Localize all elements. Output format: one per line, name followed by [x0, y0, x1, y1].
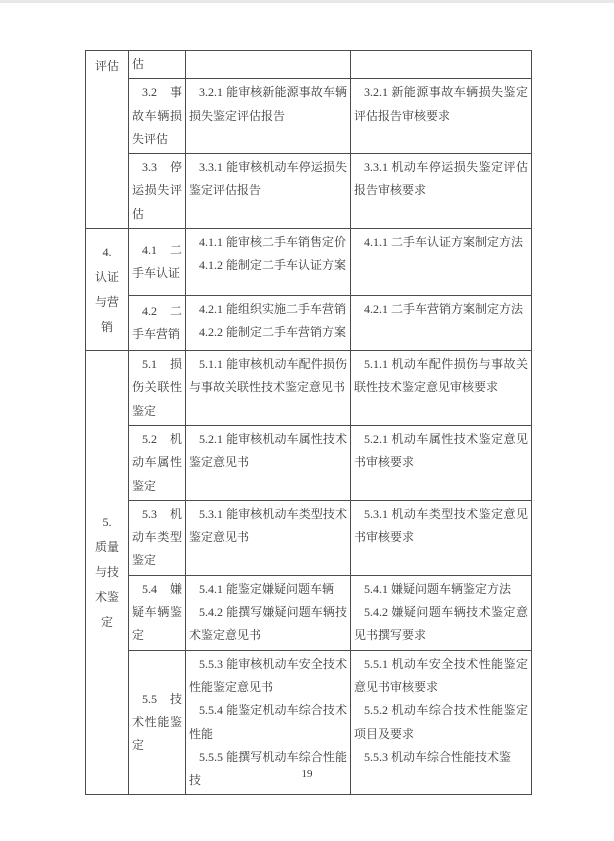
- task-cell: 5.3 机动车类型鉴定: [129, 500, 186, 575]
- task-cell: 5.2 机动车属性鉴定: [129, 425, 186, 500]
- skill-item: 4.1.2 能制定二手车认证方案: [189, 254, 347, 277]
- table-row: 5. 质量 与技 术鉴 定 5.1 损伤关联性鉴定 5.1.1 能审核机动车配件…: [86, 351, 532, 426]
- table-row: 3.3 停运损失评估 3.3.1 能审核机动车停运损失鉴定评估报告 3.3.1 …: [86, 154, 532, 229]
- section-label-cell: 5. 质量 与技 术鉴 定: [86, 351, 129, 795]
- skill-item: 5.4.2 能撰写嫌疑问题车辆技术鉴定意见书: [189, 601, 347, 648]
- skill-item: 5.4.1 能鉴定嫌疑问题车辆: [189, 578, 347, 601]
- task-cell: 估: [129, 51, 186, 79]
- knowledge-cell: 4.1.1 二手车认证方案制定方法: [351, 229, 532, 296]
- knowledge-cell: [351, 51, 532, 79]
- knowledge-item: 4.1.1 二手车认证方案制定方法: [354, 231, 528, 254]
- table-row: 4. 认证 与营 销 4.1 二手车认证 4.1.1 能审核二手车销售定价 4.…: [86, 229, 532, 296]
- knowledge-item: 5.5.3 机动车综合性能技术鉴: [354, 746, 528, 769]
- section-label-cell: 4. 认证 与营 销: [86, 229, 129, 351]
- task-cell: 3.3 停运损失评估: [129, 154, 186, 229]
- skill-cell: 3.3.1 能审核机动车停运损失鉴定评估报告: [186, 154, 351, 229]
- skill-item: 4.2.2 能制定二手车营销方案: [189, 321, 347, 344]
- table-row: 3.2 事故车辆损失评估 3.2.1 能审核新能源事故车辆损失鉴定评估报告 3.…: [86, 79, 532, 154]
- knowledge-item: 5.2.1 机动车属性技术鉴定意见书审核要求: [354, 428, 528, 475]
- knowledge-cell: 3.2.1 新能源事故车辆损失鉴定评估报告审核要求: [351, 79, 532, 154]
- table-row: 4.2 二手车营销 4.2.1 能组织实施二手车营销 4.2.2 能制定二手车营…: [86, 296, 532, 351]
- knowledge-cell: 4.2.1 二手车营销方案制定方法: [351, 296, 532, 351]
- knowledge-item: 5.4.2 嫌疑问题车辆技术鉴定意见书撰写要求: [354, 601, 528, 648]
- knowledge-item: 5.5.2 机动车综合技术性能鉴定项目及要求: [354, 699, 528, 746]
- skill-item: 5.5.3 能审核机动车安全技术性能鉴定意见书: [189, 653, 347, 700]
- knowledge-item: 4.2.1 二手车营销方案制定方法: [354, 298, 528, 321]
- skill-cell: 5.4.1 能鉴定嫌疑问题车辆 5.4.2 能撰写嫌疑问题车辆技术鉴定意见书: [186, 575, 351, 650]
- skill-cell: 5.2.1 能审核机动车属性技术鉴定意见书: [186, 425, 351, 500]
- skill-item: 4.1.1 能审核二手车销售定价: [189, 231, 347, 254]
- page-top-edge: [0, 0, 614, 3]
- knowledge-item: 5.3.1 机动车类型技术鉴定意见书审核要求: [354, 503, 528, 550]
- knowledge-cell: 5.4.1 嫌疑问题车辆鉴定方法 5.4.2 嫌疑问题车辆技术鉴定意见书撰写要求: [351, 575, 532, 650]
- skill-cell: 4.2.1 能组织实施二手车营销 4.2.2 能制定二手车营销方案: [186, 296, 351, 351]
- table-row: 评估 估: [86, 51, 532, 79]
- competency-table: 评估 估 3.2 事故车辆损失评估 3.2.1 能审核新能源事故车辆损失鉴定评估…: [85, 50, 532, 795]
- skill-cell: 5.3.1 能审核机动车类型技术鉴定意见书: [186, 500, 351, 575]
- skill-item: 3.3.1 能审核机动车停运损失鉴定评估报告: [189, 156, 347, 203]
- skill-item: 5.3.1 能审核机动车类型技术鉴定意见书: [189, 503, 347, 550]
- knowledge-item: 5.5.1 机动车安全技术性能鉴定意见书审核要求: [354, 653, 528, 700]
- skill-item: 5.5.4 能鉴定机动车综合技术性能: [189, 699, 347, 746]
- task-cell: 4.1 二手车认证: [129, 229, 186, 296]
- skill-item: 5.2.1 能审核机动车属性技术鉴定意见书: [189, 428, 347, 475]
- table-row: 5.2 机动车属性鉴定 5.2.1 能审核机动车属性技术鉴定意见书 5.2.1 …: [86, 425, 532, 500]
- knowledge-cell: 3.3.1 机动车停运损失鉴定评估报告审核要求: [351, 154, 532, 229]
- knowledge-item: 5.4.1 嫌疑问题车辆鉴定方法: [354, 578, 528, 601]
- section-label-cell: 评估: [86, 51, 129, 229]
- knowledge-cell: 5.1.1 机动车配件损伤与事故关联性技术鉴定意见审核要求: [351, 351, 532, 426]
- skill-cell: 3.2.1 能审核新能源事故车辆损失鉴定评估报告: [186, 79, 351, 154]
- skill-cell: 5.1.1 能审核机动车配件损伤与事故关联性技术鉴定意见书: [186, 351, 351, 426]
- page-number: 19: [0, 768, 614, 780]
- table-row: 5.3 机动车类型鉴定 5.3.1 能审核机动车类型技术鉴定意见书 5.3.1 …: [86, 500, 532, 575]
- task-cell: 5.1 损伤关联性鉴定: [129, 351, 186, 426]
- skill-cell: 4.1.1 能审核二手车销售定价 4.1.2 能制定二手车认证方案: [186, 229, 351, 296]
- skill-item: 4.2.1 能组织实施二手车营销: [189, 298, 347, 321]
- table-row: 5.4 嫌疑车辆鉴定 5.4.1 能鉴定嫌疑问题车辆 5.4.2 能撰写嫌疑问题…: [86, 575, 532, 650]
- knowledge-cell: 5.3.1 机动车类型技术鉴定意见书审核要求: [351, 500, 532, 575]
- task-cell: 5.4 嫌疑车辆鉴定: [129, 575, 186, 650]
- task-cell: 4.2 二手车营销: [129, 296, 186, 351]
- skill-item: 5.1.1 能审核机动车配件损伤与事故关联性技术鉴定意见书: [189, 353, 347, 400]
- task-cell: 3.2 事故车辆损失评估: [129, 79, 186, 154]
- skill-item: 3.2.1 能审核新能源事故车辆损失鉴定评估报告: [189, 81, 347, 128]
- knowledge-cell: 5.2.1 机动车属性技术鉴定意见书审核要求: [351, 425, 532, 500]
- knowledge-item: 3.2.1 新能源事故车辆损失鉴定评估报告审核要求: [354, 81, 528, 128]
- knowledge-item: 5.1.1 机动车配件损伤与事故关联性技术鉴定意见审核要求: [354, 353, 528, 400]
- skill-cell: [186, 51, 351, 79]
- knowledge-item: 3.3.1 机动车停运损失鉴定评估报告审核要求: [354, 156, 528, 203]
